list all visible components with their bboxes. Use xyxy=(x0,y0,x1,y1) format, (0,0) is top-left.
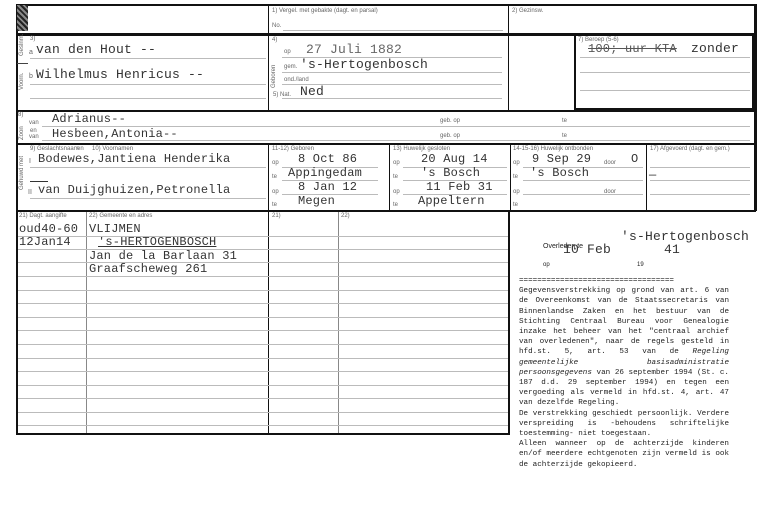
op-label: op xyxy=(513,160,520,166)
rule xyxy=(18,262,508,263)
rule xyxy=(30,98,266,99)
death-century: 19 xyxy=(637,262,644,268)
rule xyxy=(18,398,508,399)
nationality-value: Ned xyxy=(300,84,324,99)
disclaimer-paragraph-2: De verstrekking geschiedt persoonlijk. V… xyxy=(519,409,729,440)
op-label: op xyxy=(272,160,279,166)
field-number: 8) xyxy=(18,112,23,118)
field-number: 21) xyxy=(272,213,281,219)
father-name: Adrianus-- xyxy=(52,112,126,126)
removed-label: 17) Afgevoerd (dagt. en gem.) xyxy=(650,146,730,152)
side-label-married: Gehuwd met xyxy=(19,156,25,190)
rule xyxy=(650,167,750,168)
mother-te-label: te xyxy=(562,133,567,139)
divider xyxy=(268,34,269,110)
disclaimer-paragraph-3: Alleen wanneer op de achterzijde kindere… xyxy=(519,439,729,470)
marriage-2-date: 11 Feb 31 xyxy=(426,180,493,194)
rule xyxy=(18,385,508,386)
registration-date-1: oud40-60 xyxy=(19,222,78,236)
surname-marker: a xyxy=(29,49,33,56)
op-label: op xyxy=(513,189,520,195)
father-van-label: van xyxy=(29,120,39,126)
te-label: te xyxy=(393,202,398,208)
rule xyxy=(650,180,750,181)
field1-label: 1) Vergel. met gebakte (dagt. en parsal) xyxy=(272,8,378,14)
divider xyxy=(268,144,269,212)
rule xyxy=(18,330,508,331)
field-number: 3) xyxy=(30,36,35,42)
rule xyxy=(580,90,750,91)
mother-name: Hesbeen,Antonia-- xyxy=(52,127,178,141)
dissolved-1-date: 9 Sep 29 xyxy=(532,152,591,166)
side-label-firstnames: Voorn. xyxy=(19,73,25,90)
birth-date-value: 27 Juli 1882 xyxy=(306,42,402,57)
te-label: te xyxy=(513,174,518,180)
no-line xyxy=(283,30,503,31)
rule xyxy=(42,126,750,127)
spouse-2-birth-place: Megen xyxy=(298,194,335,208)
mother-van-label: van xyxy=(29,134,39,140)
divider xyxy=(16,143,756,145)
divider xyxy=(268,212,269,433)
rule xyxy=(18,371,508,372)
te-label: te xyxy=(272,174,277,180)
op-label: op xyxy=(393,189,400,195)
born-gem-label: gem. xyxy=(284,64,297,70)
divider xyxy=(508,34,509,110)
corner-mark-icon xyxy=(17,5,28,31)
divider xyxy=(16,110,756,112)
dissolved-1-place: 's Bosch xyxy=(530,166,589,180)
rule xyxy=(30,84,266,85)
firstnames-value: Wilhelmus Henricus -- xyxy=(36,67,204,82)
disclaimer-text: ================================== Gegev… xyxy=(519,276,729,470)
occupation-value: zonder xyxy=(691,41,739,56)
rule xyxy=(580,72,750,73)
rule xyxy=(18,317,508,318)
rule xyxy=(30,198,266,199)
field2-label: 2) Gezinsw. xyxy=(512,8,543,14)
municipality-address-label: 22) Gemeente en adres xyxy=(89,213,152,219)
spouse-1-birth-date: 8 Oct 86 xyxy=(298,152,357,166)
born-op-label: op xyxy=(284,49,291,55)
divider xyxy=(16,33,576,36)
divider xyxy=(646,144,647,212)
op-label: op xyxy=(272,189,279,195)
address-line-2: 's-HERTOGENBOSCH xyxy=(98,235,216,249)
rule xyxy=(650,194,750,195)
father-te-label: te xyxy=(562,118,567,124)
op-label: op xyxy=(393,160,400,166)
side-label-son: Zoon xyxy=(19,126,25,140)
side-label-born: Geboren xyxy=(271,65,277,88)
rule xyxy=(18,344,508,345)
dissolved-1-door: O xyxy=(631,152,638,166)
side-label-surname: Geslnm. xyxy=(19,34,25,56)
rule xyxy=(18,236,508,237)
divider xyxy=(268,4,269,34)
te-label: te xyxy=(272,202,277,208)
rule xyxy=(18,249,508,250)
marriage-1-place: 's Bosch xyxy=(421,166,480,180)
father-geb-op-label: geb. op xyxy=(440,118,460,124)
spouse-1-name: Bodewes,Jantiena Henderika xyxy=(38,152,230,166)
address-line-1: VLIJMEN xyxy=(89,222,141,236)
field1-no-label: No. xyxy=(272,23,281,29)
marriage-2-place: Appeltern xyxy=(418,194,485,208)
spouse-marker: II xyxy=(28,189,32,196)
birth-place-value: 's-Hertogenbosch xyxy=(300,57,428,72)
rule xyxy=(282,98,502,99)
field-number: 22) xyxy=(341,213,350,219)
disclaimer-separator: ================================== xyxy=(519,276,729,286)
spouse-2-name: van Duijghuizen,Petronella xyxy=(38,183,230,197)
rule xyxy=(30,181,48,182)
rule xyxy=(18,303,508,304)
rule xyxy=(282,72,502,73)
death-day-month: 10 Feb xyxy=(563,242,611,257)
address-line-4: Graafscheweg 261 xyxy=(89,262,207,276)
rule xyxy=(30,58,266,59)
mother-geb-op-label: geb. op xyxy=(440,133,460,139)
rule xyxy=(523,194,643,195)
death-op-label: op xyxy=(543,262,550,268)
spouse-marker: I xyxy=(29,158,31,165)
divider xyxy=(17,63,28,64)
rule xyxy=(18,290,508,291)
spouse-1-birth-place: Appingedam xyxy=(288,166,362,180)
registration-date-2: 12Jan14 xyxy=(19,235,71,249)
rule xyxy=(18,412,508,413)
address-frame xyxy=(16,210,510,435)
rule xyxy=(580,57,750,58)
divider xyxy=(338,212,339,433)
death-year: 41 xyxy=(664,242,680,257)
surname-value: van den Hout -- xyxy=(36,42,156,57)
rule xyxy=(18,425,508,426)
occupation-struck-value: 100; uur KTA xyxy=(588,42,677,56)
divider xyxy=(508,4,509,34)
marriage-1-date: 20 Aug 14 xyxy=(421,152,488,166)
rule xyxy=(18,276,508,277)
disclaimer-paragraph-1: Gegevensverstrekking op grond van art. 6… xyxy=(519,286,729,408)
te-label: te xyxy=(393,174,398,180)
divider xyxy=(86,212,87,433)
born-ondland-label: ond./land xyxy=(284,77,309,83)
rule xyxy=(30,167,266,168)
registration-date-label: 21) Dagt. aangifte xyxy=(19,213,67,219)
firstnames-marker: b xyxy=(29,73,33,80)
address-line-3: Jan de la Barlaan 31 xyxy=(89,249,237,263)
death-place: 's-Hertogenbosch xyxy=(621,229,749,244)
disclaimer-text-part: Gegevensverstrekking op grond van art. 6… xyxy=(519,287,729,356)
door-label: door xyxy=(604,160,616,166)
rule xyxy=(523,180,643,181)
rule xyxy=(18,358,508,359)
rule xyxy=(42,140,750,141)
te-label: te xyxy=(513,202,518,208)
divider xyxy=(389,144,390,212)
field-number: 4) xyxy=(272,37,277,43)
spouse-2-birth-date: 8 Jan 12 xyxy=(298,180,357,194)
divider xyxy=(510,144,511,212)
